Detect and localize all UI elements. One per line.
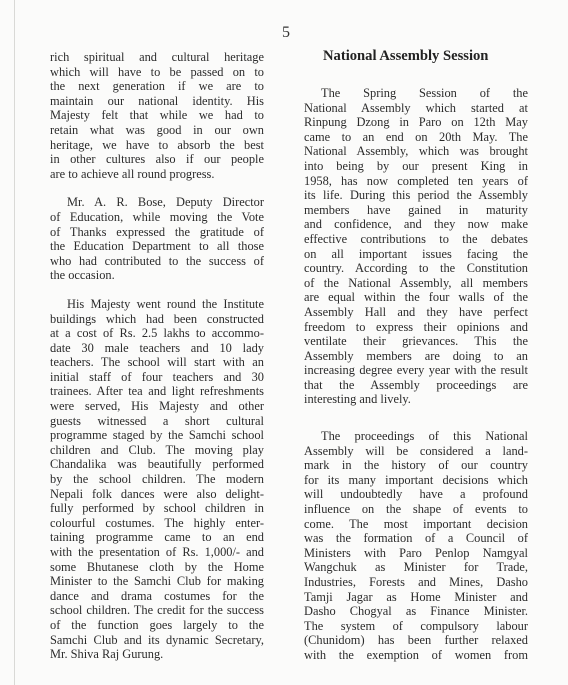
text-line: of the National Assembly, all members xyxy=(304,276,528,291)
right-column: The Spring Session of the National Assem… xyxy=(304,86,528,663)
paragraph-gap xyxy=(304,407,528,429)
text-line: maintain our national identity. His xyxy=(50,94,264,109)
left-column: rich spiritual and cultural heritage whi… xyxy=(50,50,264,662)
text-line: of Education, while moving the Vote xyxy=(50,210,264,225)
text-line: come. The most important decision xyxy=(304,517,528,532)
text-line: children and Club. The moving play xyxy=(50,443,264,458)
text-line: of Thanks expressed the gratitude of xyxy=(50,225,264,240)
text-line: trainees. After tea and light refreshmen… xyxy=(50,384,264,399)
text-line: fully performed by school children in xyxy=(50,501,264,516)
text-line: Nepali folk dances were also delight- xyxy=(50,487,264,502)
text-line: are to achieve all round progress. xyxy=(50,167,264,182)
text-line: colourful costumes. The highly enter- xyxy=(50,516,264,531)
text-line: into being by our present King in xyxy=(304,159,528,174)
text-line: (Chunidom) has been further relaxed xyxy=(304,633,528,648)
text-line: dance and drama costumes for the xyxy=(50,589,264,604)
text-line: will undoubtedly have a profound xyxy=(304,487,528,502)
text-line: Chandalika was beautifully performed xyxy=(50,457,264,472)
paragraph-gap xyxy=(50,283,264,297)
text-line: school children. The credit for the succ… xyxy=(50,603,264,618)
text-line: initial staff of four teachers and 30 xyxy=(50,370,264,385)
text-line: the next generation if we are to xyxy=(50,79,264,94)
text-line: 1958, has now completed ten years of xyxy=(304,174,528,189)
text-line: The system of compulsory labour xyxy=(304,619,528,634)
text-line: Tamji Jagar as Home Minister and xyxy=(304,590,528,605)
text-line: were served, His Majesty and other xyxy=(50,399,264,414)
paragraph-proceedings: The proceedings of this National Assembl… xyxy=(304,429,528,663)
text-line: in other cultures also if our people xyxy=(50,152,264,167)
text-line: heritage, we have to absorb the best xyxy=(50,138,264,153)
text-line: Assembly members are doing to an xyxy=(304,349,528,364)
text-line: was the formation of a Council of xyxy=(304,531,528,546)
text-line: teachers. The school will start with an xyxy=(50,355,264,370)
text-line: The proceedings of this National xyxy=(304,429,528,444)
text-line: the occasion. xyxy=(50,268,264,283)
paragraph-institute-visit: His Majesty went round the Institute bui… xyxy=(50,297,264,662)
text-line: freedom to express their opinions and xyxy=(304,320,528,335)
text-line: on all important issues facing the xyxy=(304,247,528,262)
text-line: Assembly Hall and they have perfect xyxy=(304,305,528,320)
text-line: Industries, Forests and Mines, Dasho xyxy=(304,575,528,590)
text-line: with the presentation of Rs. 1,000/- and xyxy=(50,545,264,560)
text-line: Ministers with Paro Penlop Namgyal xyxy=(304,546,528,561)
text-line: increasing degree every year with the re… xyxy=(304,363,528,378)
text-line: mark in the history of our country xyxy=(304,458,528,473)
text-line: of the function goes largely to the xyxy=(50,618,264,633)
text-line: buildings which had been constructed xyxy=(50,312,264,327)
text-line: taining programme came to an end xyxy=(50,530,264,545)
text-line: Dasho Chogyal as Finance Minister. xyxy=(304,604,528,619)
text-line: Samchi Club and its dynamic Secretary, xyxy=(50,633,264,648)
page-edge-line xyxy=(14,0,15,685)
text-line: programme staged by the Samchi school xyxy=(50,428,264,443)
paragraph-spring-session: The Spring Session of the National Assem… xyxy=(304,86,528,407)
text-line: for its many important decisions which xyxy=(304,473,528,488)
text-line: effective contributions to the debates xyxy=(304,232,528,247)
text-line: who had contributed to the success of xyxy=(50,254,264,269)
text-line: which will have to be passed on to xyxy=(50,65,264,80)
text-line: and confidence, and they now make xyxy=(304,217,528,232)
text-line: Wangchuk as Minister for Trade, xyxy=(304,560,528,575)
text-line: Assembly will be considered a land- xyxy=(304,444,528,459)
text-line: its life. During this period the Assembl… xyxy=(304,188,528,203)
text-line: Mr. Shiva Raj Gurung. xyxy=(50,647,264,662)
text-line: Majesty felt that while we had to xyxy=(50,108,264,123)
text-line: members have gained in maturity xyxy=(304,203,528,218)
text-line: guests witnessed a short cultural xyxy=(50,414,264,429)
text-line: rich spiritual and cultural heritage xyxy=(50,50,264,65)
paragraph-vote-of-thanks: Mr. A. R. Bose, Deputy Director of Educa… xyxy=(50,195,264,283)
text-line: retain what was good in our own xyxy=(50,123,264,138)
paragraph-heritage: rich spiritual and cultural heritage whi… xyxy=(50,50,264,181)
text-line: country. According to the Constitution xyxy=(304,261,528,276)
paragraph-gap xyxy=(50,181,264,195)
text-line: National Assembly, which was brought xyxy=(304,144,528,159)
text-line: influence on the shape of events to xyxy=(304,502,528,517)
text-line: Mr. A. R. Bose, Deputy Director xyxy=(50,195,264,210)
text-line: ventilate their grievances. This the xyxy=(304,334,528,349)
text-line: date 30 male teachers and 10 lady xyxy=(50,341,264,356)
text-line: that the Assembly proceedings are xyxy=(304,378,528,393)
text-line: Rinpung Dzong in Paro on 12th May xyxy=(304,115,528,130)
text-line: the Education Department to all those xyxy=(50,239,264,254)
page-number: 5 xyxy=(282,24,290,42)
text-line: with the exemption of women from xyxy=(304,648,528,663)
text-line: National Assembly which started at xyxy=(304,101,528,116)
text-line: The Spring Session of the xyxy=(304,86,528,101)
text-line: are equal within the four walls of the xyxy=(304,290,528,305)
article-heading: National Assembly Session xyxy=(323,48,488,65)
text-line: interesting and lively. xyxy=(304,392,528,407)
text-line: His Majesty went round the Institute xyxy=(50,297,264,312)
text-line: Minister to the Samchi Club for making xyxy=(50,574,264,589)
text-line: some Bhutanese cloth by the Home xyxy=(50,560,264,575)
text-line: by the school children. The modern xyxy=(50,472,264,487)
text-line: came to an end on 20th May. The xyxy=(304,130,528,145)
text-line: at a cost of Rs. 2.5 lakhs to accommo- xyxy=(50,326,264,341)
